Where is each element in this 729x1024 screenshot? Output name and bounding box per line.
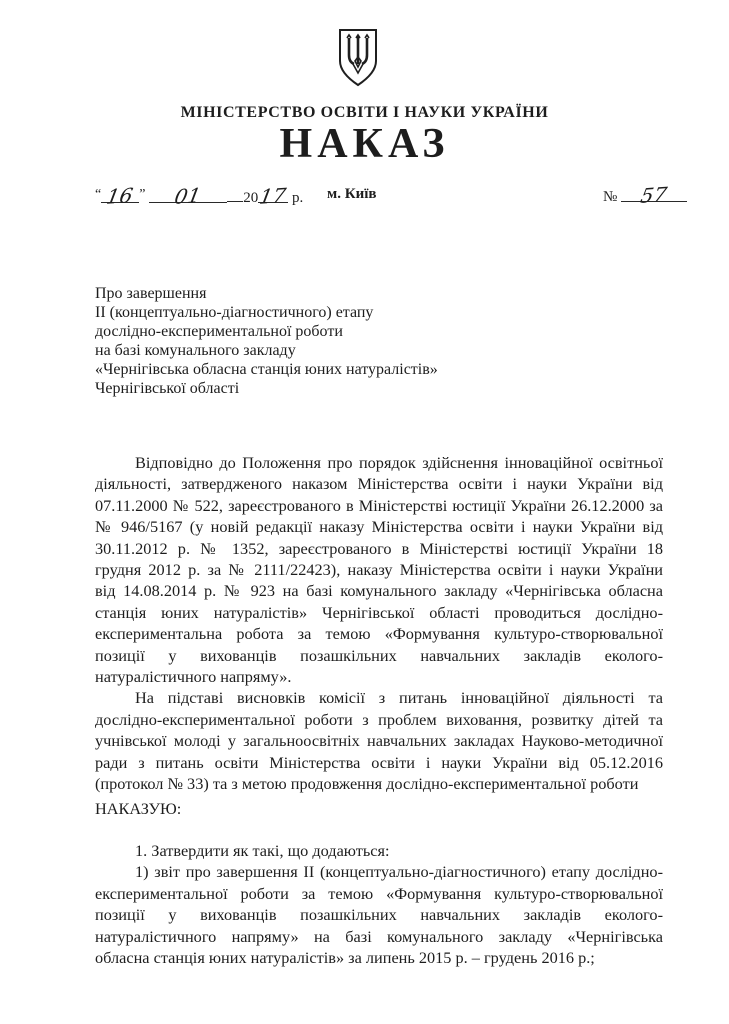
year-suffix: р. (292, 190, 303, 206)
order-number-field: № 57 (603, 184, 687, 206)
text-line: Відповідно до Положення про порядок здій… (95, 452, 663, 473)
handwritten-month: 01 (173, 185, 202, 207)
year-prefix: 20 (243, 190, 258, 206)
text-line: № 946/5167 (у новій редакції наказу Міні… (95, 516, 663, 537)
text-line: натуралістичного напряму». (95, 666, 663, 687)
text-line: Чернігівської області (95, 379, 525, 398)
text-line: ради з питань освіти Міністерства освіти… (95, 752, 663, 773)
text-line: грудня 2012 р. за № 2111/22423), наказу … (95, 559, 663, 580)
text-line: дослідно-експериментальної роботи з проб… (95, 709, 663, 730)
year-blank-lead (227, 184, 243, 202)
order-item-1: 1. Затвердити як такі, що додаються: (95, 840, 663, 861)
text-line: обласна станція юних натуралістів» за ли… (95, 947, 663, 968)
date-field: “16” 012017 р. (95, 184, 303, 207)
paragraph-grounds: На підставі висновків комісії з питань і… (95, 687, 663, 794)
text-line: ІІ (концептуально-діагностичного) етапу (95, 303, 525, 322)
text-line: позиції у вихованців позашкільних навчал… (95, 645, 663, 666)
paragraph-legal-basis: Відповідно до Положення про порядок здій… (95, 452, 663, 687)
quote-close: ” (139, 187, 145, 202)
text-line: 1) звіт про завершення ІІ (концептуально… (95, 861, 663, 882)
document-page: МІНІСТЕРСТВО ОСВІТИ І НАУКИ УКРАЇНИ НАКА… (0, 0, 729, 1024)
text-line: 07.11.2000 № 522, зареєстрованого в Міні… (95, 495, 663, 516)
order-title: НАКАЗ (0, 120, 729, 168)
text-line: дослідно-експериментальної роботи (95, 322, 525, 341)
text-line: 1. Затвердити як такі, що додаються: (95, 840, 663, 861)
handwritten-year: 17 (258, 185, 287, 207)
handwritten-day: 16 (106, 185, 135, 207)
date-line: “16” 012017 р. м. Київ № 57 (95, 180, 691, 214)
city-label: м. Київ (327, 186, 377, 203)
text-line: На підставі висновків комісії з питань і… (95, 687, 663, 708)
text-line: від 14.08.2014 р. № 923 на базі комуналь… (95, 580, 663, 601)
text-line: Про завершення (95, 284, 525, 303)
text-line: діяльності, затвердженого наказом Мініст… (95, 473, 663, 494)
text-line: натуралістичного напряму» на базі комуна… (95, 926, 663, 947)
number-sign: № (603, 189, 617, 205)
number-blank: 57 (621, 184, 687, 202)
text-line: станція юних натуралістів» Чернігівської… (95, 602, 663, 623)
text-line: на базі комунального закладу (95, 341, 525, 360)
year-blank: 17 (258, 185, 288, 203)
text-line: 30.11.2012 р. № 1352, зареєстрованого в … (95, 538, 663, 559)
trident-icon (336, 28, 380, 90)
text-line: (протокол № 33) та з метою продовження д… (95, 773, 663, 794)
quote-open: “ (95, 187, 101, 202)
day-blank: 16 (101, 185, 139, 203)
text-line: позиції у вихованців позашкільних навчал… (95, 904, 663, 925)
order-word: НАКАЗУЮ: (95, 798, 663, 819)
text-line: експериментальна робота за темою «Формув… (95, 623, 663, 644)
ukraine-trident-emblem (336, 28, 380, 90)
text-line: «Чернігівська обласна станція юних натур… (95, 360, 525, 379)
text-line: експериментальної роботи за темою «Форму… (95, 883, 663, 904)
subject-block: Про завершенняІІ (концептуально-діагност… (95, 284, 525, 398)
text-line: учнівської молоді у загальноосвітніх нав… (95, 730, 663, 751)
order-item-1-1: 1) звіт про завершення ІІ (концептуально… (95, 861, 663, 968)
body-text: Відповідно до Положення про порядок здій… (95, 452, 663, 968)
month-blank: 01 (149, 185, 227, 203)
handwritten-number: 57 (639, 184, 668, 206)
